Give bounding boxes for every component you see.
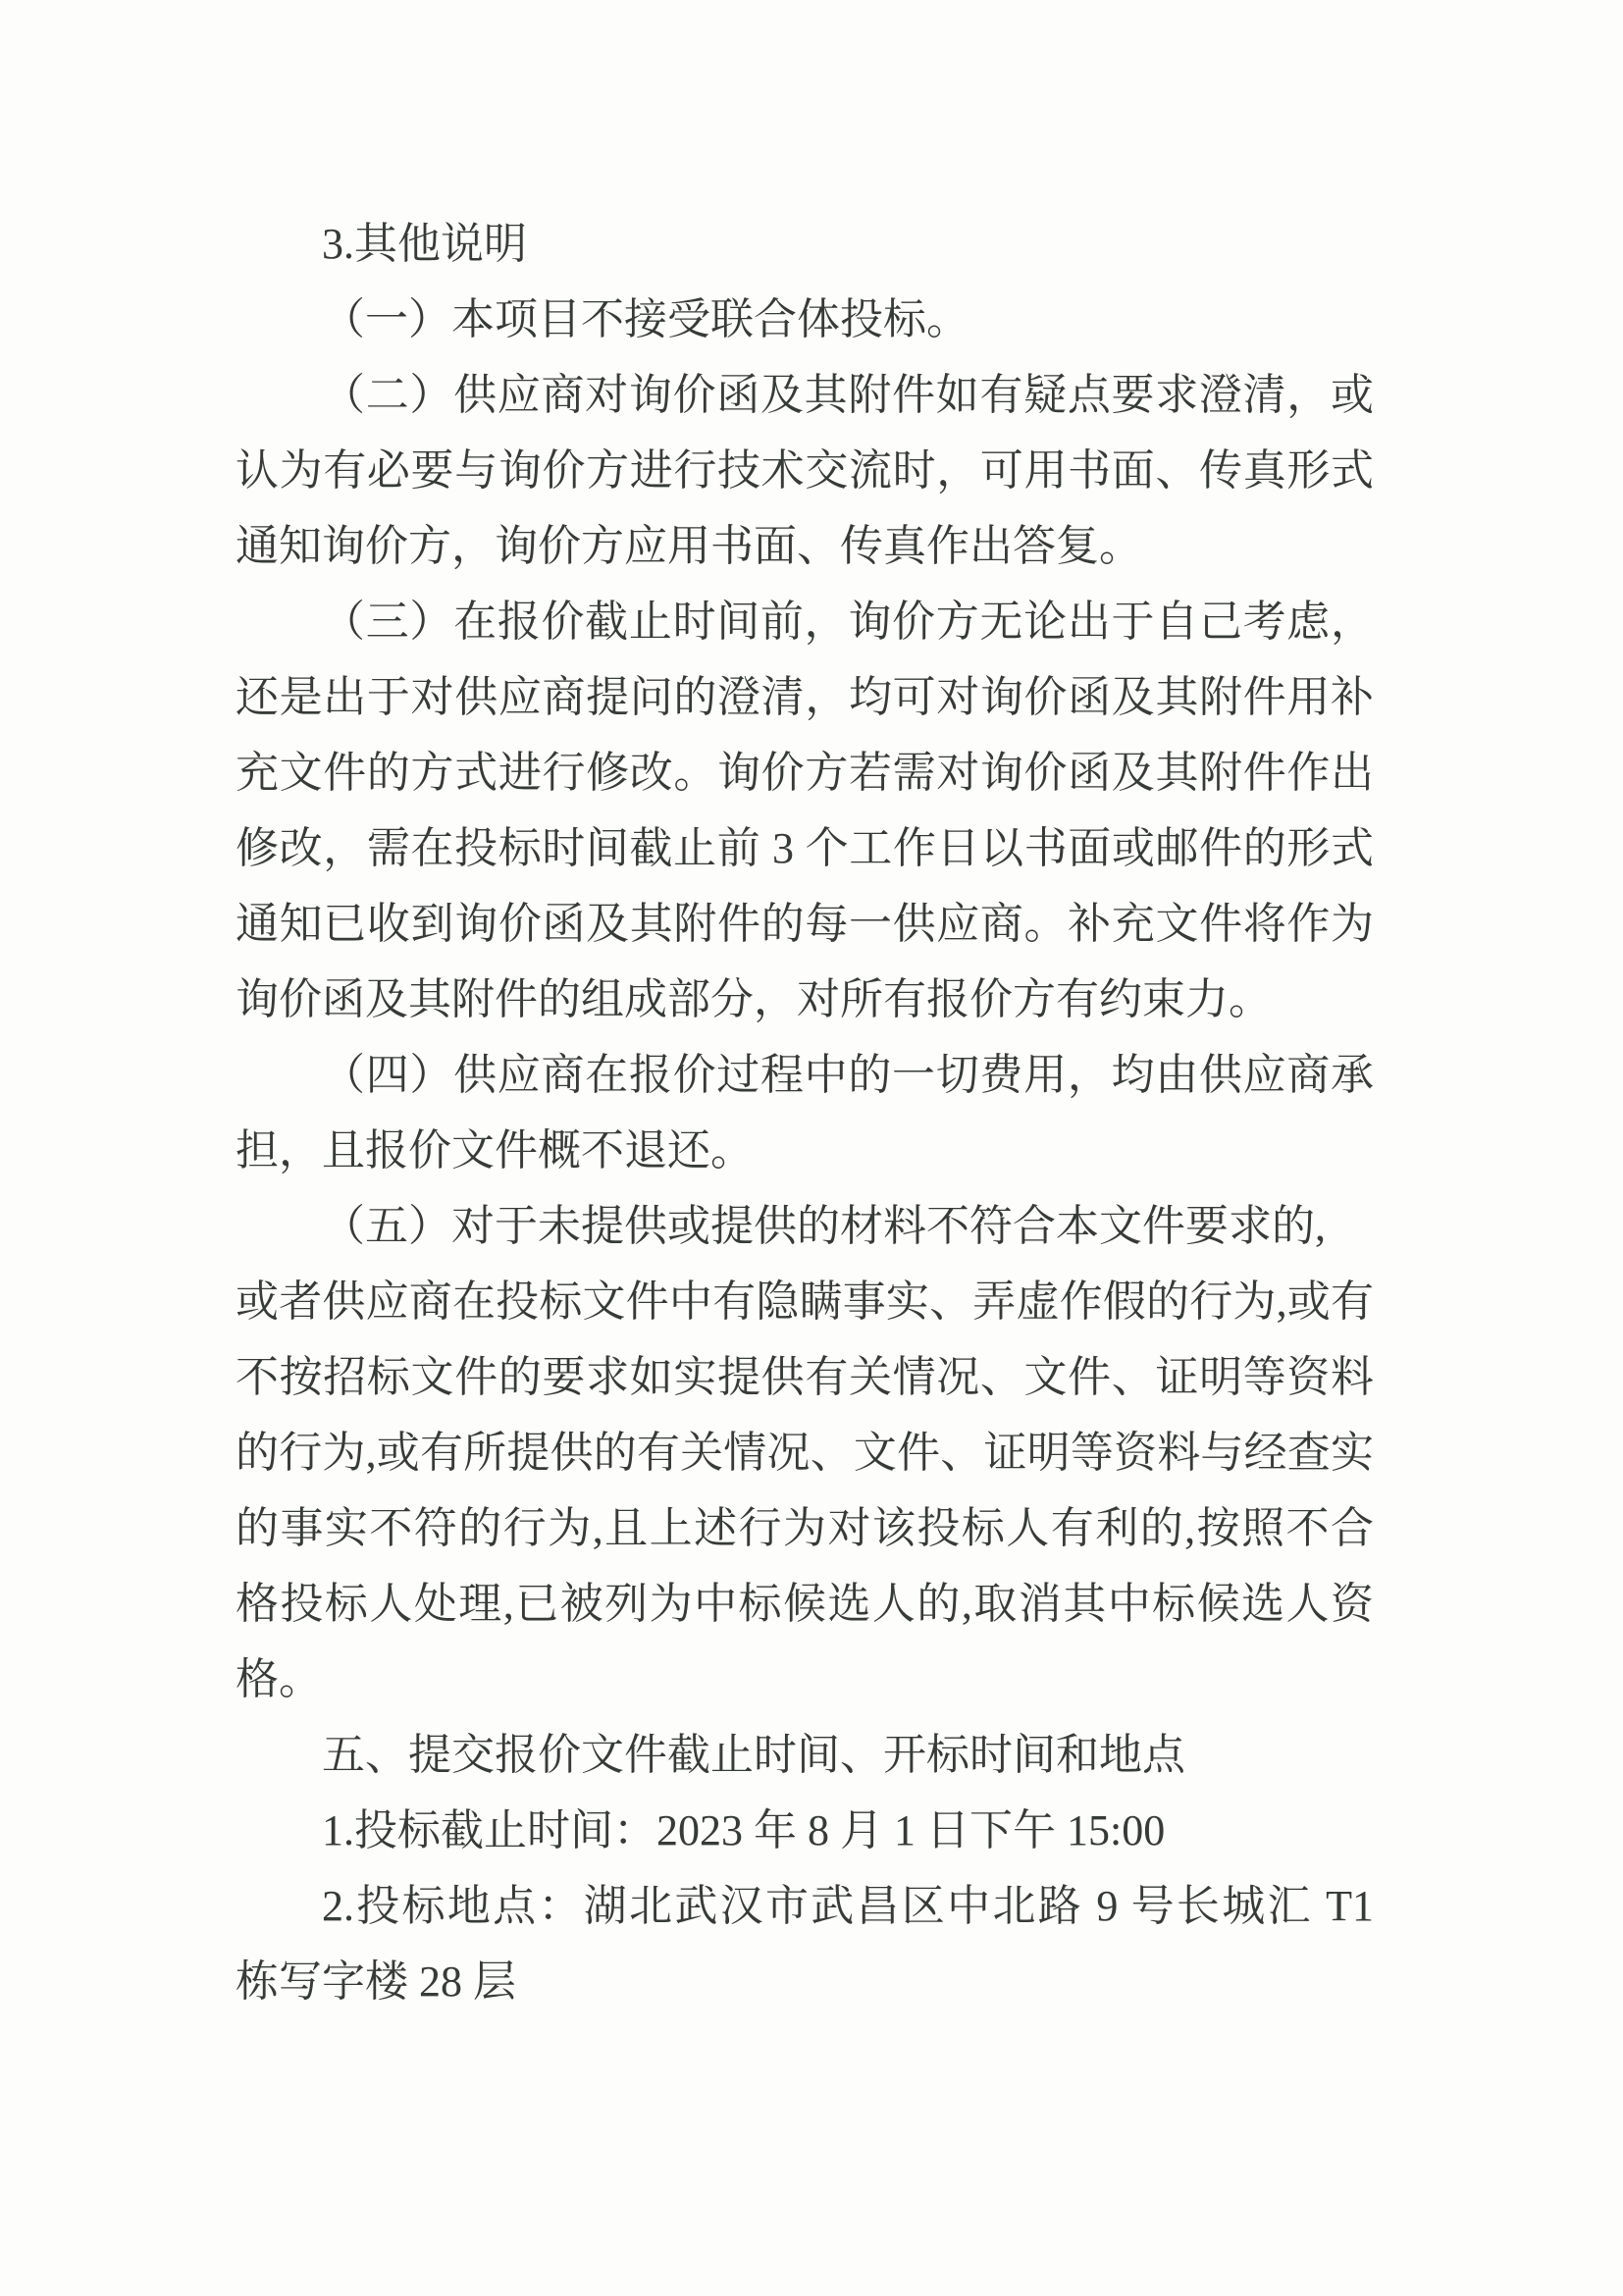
text-line-other-notes-heading: 3.其他说明 — [236, 206, 1374, 282]
text-line: 格。 — [236, 1642, 1374, 1717]
text-line-section-5-heading: 五、提交报价文件截止时间、开标时间和地点 — [236, 1717, 1374, 1793]
text-line: 修改，需在投标时间截止前 3 个工作日以书面或邮件的形式 — [236, 810, 1374, 886]
document-page: 3.其他说明 （一）本项目不接受联合体投标。 （二）供应商对询价函及其附件如有疑… — [0, 0, 1623, 2296]
text-line-item-5: （五）对于未提供或提供的材料不符合本文件要求的, — [236, 1188, 1374, 1264]
text-line: 充文件的方式进行修改。询价方若需对询价函及其附件作出 — [236, 735, 1374, 810]
text-line: 或者供应商在投标文件中有隐瞒事实、弄虚作假的行为,或有 — [236, 1264, 1374, 1339]
text-line: 格投标人处理,已被列为中标候选人的,取消其中标候选人资 — [236, 1566, 1374, 1642]
text-line: 的行为,或有所提供的有关情况、文件、证明等资料与经查实 — [236, 1415, 1374, 1490]
text-line-item-4: （四）供应商在报价过程中的一切费用，均由供应商承 — [236, 1037, 1374, 1113]
text-line: 认为有必要与询价方进行技术交流时，可用书面、传真形式 — [236, 433, 1374, 508]
text-line: 询价函及其附件的组成部分，对所有报价方有约束力。 — [236, 962, 1374, 1037]
text-line: 通知已收到询价函及其附件的每一供应商。补充文件将作为 — [236, 886, 1374, 962]
text-line-item-2: （二）供应商对询价函及其附件如有疑点要求澄清，或 — [236, 357, 1374, 433]
text-line-item-3: （三）在报价截止时间前，询价方无论出于自己考虑， — [236, 584, 1374, 659]
text-line: 不按招标文件的要求如实提供有关情况、文件、证明等资料 — [236, 1339, 1374, 1415]
text-line: 通知询价方，询价方应用书面、传真作出答复。 — [236, 508, 1374, 584]
text-line: 担，且报价文件概不退还。 — [236, 1113, 1374, 1188]
text-line-bid-deadline: 1.投标截止时间：2023 年 8 月 1 日下午 15:00 — [236, 1793, 1374, 1868]
text-line-bid-location-cont: 栋写字楼 28 层 — [236, 1944, 1374, 2019]
text-line: 的事实不符的行为,且上述行为对该投标人有利的,按照不合 — [236, 1490, 1374, 1566]
text-line-item-1: （一）本项目不接受联合体投标。 — [236, 282, 1374, 357]
text-line: 还是出于对供应商提问的澄清，均可对询价函及其附件用补 — [236, 659, 1374, 735]
text-line-bid-location: 2.投标地点：湖北武汉市武昌区中北路 9 号长城汇 T1 — [236, 1868, 1374, 1944]
